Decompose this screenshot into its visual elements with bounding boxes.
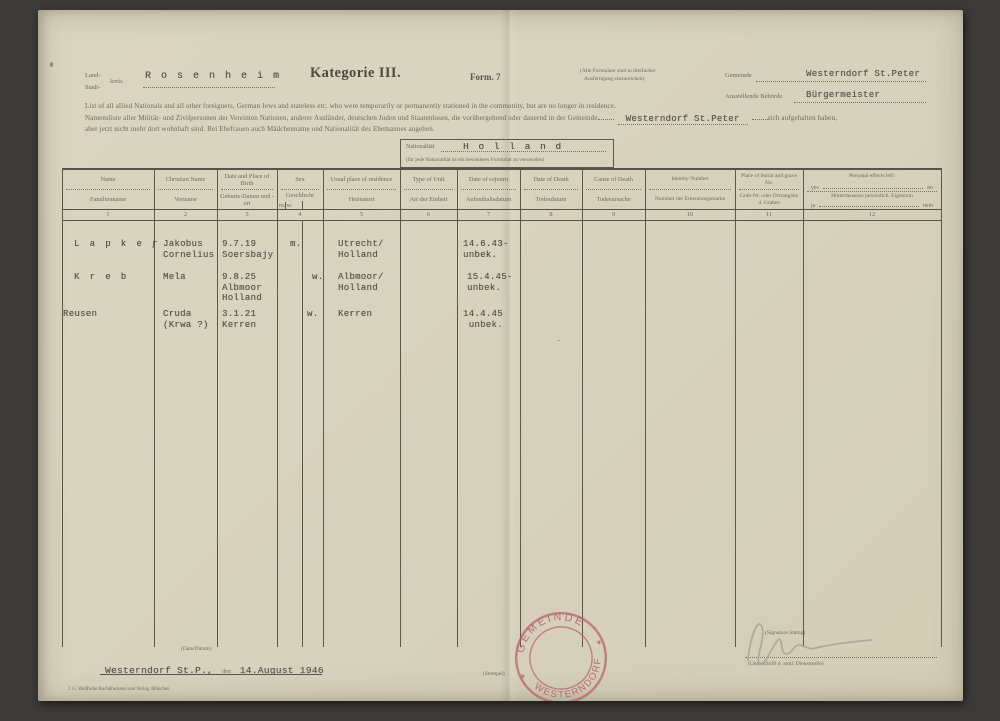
row-1-birth: 9.7.19 Soersbajy [222,239,273,260]
date-label: (Date/Datum) [181,646,212,653]
table-header-col-9: Cause of DeathTodesursache [584,170,643,209]
row-3-sex: w. [307,309,318,320]
table-header-col-4: SexGeschlechtm.w. [279,170,321,209]
intro-dotted-gap [598,113,614,120]
handwritten-signature [728,598,928,688]
nationality-label: Nationalität [406,144,434,150]
form-number: Form. 7 [470,72,501,82]
header-col-12-ja-nein: janein [805,200,939,209]
header-col-6-de: Art der Einheit [402,190,455,209]
table-vline [941,168,942,647]
header-col-number: 7 [457,210,520,219]
table-header-col-6: Type of UnitArt der Einheit [402,170,455,209]
row-3-residence: Kerren [338,309,372,320]
header-col-2-de: Vorname [156,190,215,209]
table-vline [323,168,324,647]
intro-line2: Namensliste aller Militär- und Zivilpers… [85,113,837,124]
row-3-vorname: Cruda (Krwa ?) [163,309,209,330]
header-col-number: 1 [62,210,154,219]
row-1-name: L a p k e r [74,239,160,250]
header-col-number: 4 [277,210,323,219]
gemeinde-value: Westerndorf St.Peter [806,69,920,79]
header-col-number: 2 [154,210,217,219]
row-2-name: K r e b [74,272,129,283]
table-header-col-11: Place of burial and grave No.Grab-Nr. od… [737,170,801,209]
municipal-stamp: GEMEINDE WESTERNDORF ✶ ✶ [505,602,617,701]
header-col-number: 8 [520,210,582,219]
row-1-vorname: Jakobus Cornelius [163,239,214,260]
header-col-5-de: Heimatort [325,190,398,209]
header-col-7-de: Aufenthaltsdatum [459,190,518,209]
header-col-9-en: Cause of Death [584,170,643,189]
table-header-col-3: Date and Place of BirthGeburts-Datum und… [219,170,275,209]
table-header-col-5: Usual place of residenceHeimatort [325,170,398,209]
yes-no-leader [823,188,923,189]
table-number-row-bottom-rule [62,220,941,221]
paper-speck [558,340,560,341]
intro-line2-part2: sich aufgehalten haben, [768,114,837,122]
table-vline [735,168,736,647]
header-col-12-de: Hinterlassenes persönlich. Eigentum [805,192,939,200]
land-label: Land- [85,72,101,79]
row-2-vorname: Mela [163,272,186,283]
header-col-12-ja: ja [811,203,815,209]
header-col-2-en: Christian Name [156,170,215,189]
sex-subdivider [302,220,303,647]
header-col-3-en: Date and Place of Birth [219,170,275,189]
header-col-number: 11 [735,210,803,219]
table-vline [803,168,804,647]
signature-scribble [748,624,872,664]
table-header-col-7: Date of sojournAufenthaltsdatum [459,170,518,209]
header-col-6-en: Type of Unit [402,170,455,189]
header-col-number: 6 [400,210,457,219]
table-vline [277,168,278,647]
row-2-sojourn: 15.4.45- unbek. [467,272,513,293]
scanner-background: { "colors": { "background": "#3b3a38", "… [0,0,1000,721]
header-col-10-en: Identity Number [647,170,733,189]
document-page: Land- Stadt- kreis R o s e n h e i m Kat… [38,10,963,701]
table-vline [457,168,458,647]
row-1-sex: m. [290,239,301,250]
row-3-birth: 3.1.21 Kerren [222,309,256,330]
kreis-underline [143,87,275,88]
intro-line1: List of all allied Nationals and all oth… [85,102,616,110]
header-col-11-de: Grab-Nr. oder Ortsangabe d. Grabes [737,190,801,209]
header-col-number: 3 [217,210,277,219]
table-vline [582,168,583,647]
category-title: Kategorie III. [310,65,401,82]
row-1-residence: Utrecht/ Holland [338,239,384,260]
intro-inserted-gemeinde: Westerndorf St.Peter [618,114,748,125]
printer-imprint: J. G. Weiß'sche Buchdruckerei und Verlag… [68,687,169,692]
header-col-number: 10 [645,210,735,219]
intro-line2-part1: Namensliste aller Militär- und Zivilpers… [85,114,598,122]
stadt-label: Stadt- [85,84,101,91]
table-header-col-1: NameFamilienname [64,170,152,209]
header-col-9-de: Todesursache [584,190,643,209]
date-underline [100,674,322,675]
table-vline [217,168,218,647]
intro-dotted-gap [752,113,768,120]
header-col-1-en: Name [64,170,152,189]
table-header-col-12: Personal effects left:yesnoHinterlassene… [805,170,939,209]
table-vline [62,168,63,647]
header-col-5-en: Usual place of residence [325,170,398,189]
header-col-12-nein: nein [923,203,933,209]
kreis-label: kreis [110,78,123,85]
table-header-col-2: Christian NameVorname [156,170,215,209]
gemeinde-dotline [756,81,926,82]
copies-note-line2: Ausfertigung einzureichen) [584,76,644,83]
intro-line3: aber jetzt nicht mehr dort wohnhaft sind… [85,125,435,133]
behoerde-dotline [794,102,926,103]
header-col-11-en: Place of burial and grave No. [737,170,801,189]
header-col-12-yes-no: yesno [805,182,939,191]
header-col-10-de: Nummer der Erkennungsmarke [647,190,733,209]
nationality-box: Nationalität H o l l a n d (für jede Nat… [400,139,614,168]
kreis-value: R o s e n h e i m [145,71,281,82]
table-vline [520,168,521,647]
behoerde-value: Bürgermeister [806,90,880,100]
stamp-star-left: ✶ [518,671,528,682]
header-col-12-en: Personal effects left: [805,170,939,182]
header-col-8-en: Date of Death [522,170,580,189]
ja-nein-leader [819,206,919,207]
row-2-sex: w. [312,272,323,283]
row-3-sojourn: 14.4.45 unbek. [463,309,503,330]
row-2-residence: Albmoor/ Holland [338,272,384,293]
header-col-4-mw-row: m.w. [279,201,321,209]
table-vline [645,168,646,647]
row-2-birth: 9.8.25 Albmoor Holland [222,272,262,304]
row-1-sojourn: 14.6.43- unbek. [463,239,509,260]
header-col-number: 12 [803,210,941,219]
stempel-label: (Stempel) [483,671,505,678]
nationality-note: (für jede Nationalität ist ein besondere… [406,157,544,163]
behoerde-label: Ausstellende Behörde [725,93,782,100]
table-header-col-10: Identity NumberNummer der Erkennungsmark… [647,170,733,209]
copies-note-line1: (Alle Formulare sind in dreifacher [580,68,655,75]
table-header-col-8: Date of DeathTodesdatum [522,170,580,209]
header-col-number: 9 [582,210,645,219]
paper-speck [50,62,53,67]
header-col-3-de: Geburts-Datum und -ort [219,190,275,209]
table-vline [400,168,401,647]
header-col-4-de: Geschlecht [279,190,321,201]
header-col-8-de: Todesdatum [522,190,580,209]
header-col-7-en: Date of sojourn [459,170,518,189]
nationality-value: H o l l a n d [463,141,563,152]
gemeinde-label: Gemeinde [725,72,752,79]
row-3-name: Reusen [63,309,97,320]
header-col-number: 5 [323,210,400,219]
header-col-4-en: Sex [279,170,321,189]
header-col-4-w: w. [286,202,292,209]
place-date-line: Westerndorf St.P., den 14.August 1946 [105,660,324,678]
header-col-1-de: Familienname [64,190,152,209]
